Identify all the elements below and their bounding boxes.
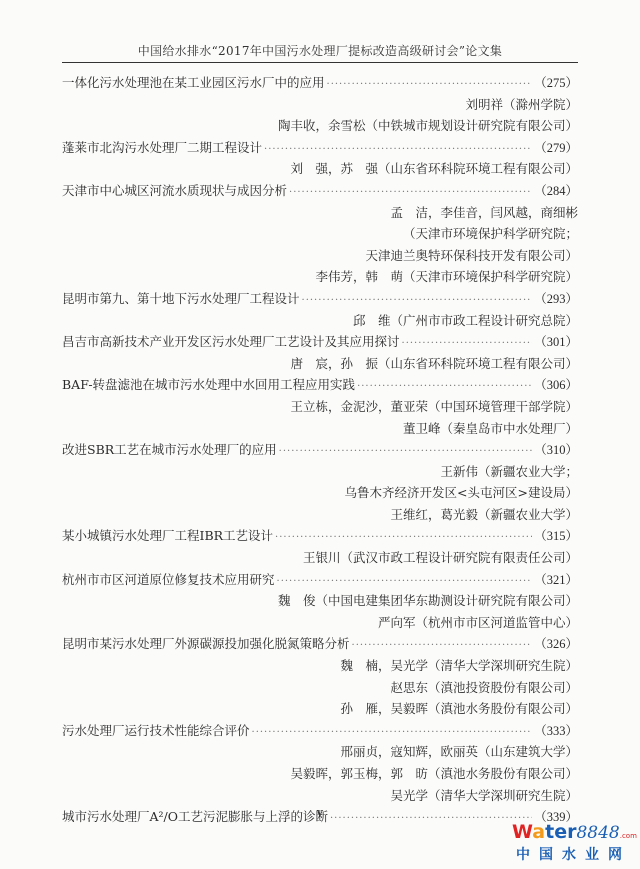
toc-entry-title: 某小城镇污水处理厂工程IBR工艺设计 [62, 525, 273, 547]
toc-entry-page: （333） [534, 721, 578, 743]
logo-chinese-name: 中国水业网 [516, 846, 632, 864]
toc-author-line: 邢丽贞，寇知辉，欧丽英（山东建筑大学） [62, 741, 578, 763]
toc-entry-page: （315） [534, 526, 578, 548]
page-number: v [0, 806, 640, 819]
toc-author-line: 吴毅晖，郭玉梅，郭 昉（滇池水务股份有限公司） [62, 763, 578, 785]
header-rule [62, 62, 578, 63]
logo-number: 8848 [576, 823, 619, 843]
toc-author-line: 唐 宸，孙 振（山东省环科院环境工程有限公司） [62, 353, 578, 375]
toc-author-line: 孟 洁，李佳音，闫风越，商细彬 [62, 202, 578, 224]
toc-entry-title: BAF-转盘滤池在城市污水处理中水回用工程应用实践 [62, 374, 355, 396]
toc-author-line: 赵思东（滇池投资股份有限公司） [62, 677, 578, 699]
toc-entry[interactable]: 昌吉市高新技术产业开发区污水处理厂工艺设计及其应用探讨（301） [62, 331, 578, 353]
logo-domain: .com [620, 832, 637, 840]
toc-entry-page: （310） [534, 440, 578, 462]
toc-entry-page: （284） [534, 181, 578, 203]
toc-author-line: 魏 俊（中国电建集团华东勘测设计研究院有限公司） [62, 590, 578, 612]
toc-entry-page: （301） [534, 332, 578, 354]
dot-leader [279, 441, 533, 463]
toc-entry-title: 昌吉市高新技术产业开发区污水处理厂工艺设计及其应用探讨 [62, 331, 400, 353]
toc-entry-page: （279） [534, 138, 578, 160]
toc-author-line: （天津市环境保护科学研究院； [62, 223, 578, 245]
dot-leader [402, 333, 533, 355]
toc-author-line: 王立栋，金泥沙，董亚荣（中国环境管理干部学院） [62, 396, 578, 418]
dot-leader [264, 139, 532, 161]
toc-entry-title: 昆明市某污水处理厂外源碳源投加强化脱氮策略分析 [62, 633, 350, 655]
toc-author-line: 陶丰收，余雪松（中铁城市规划设计研究院有限公司） [62, 115, 578, 137]
toc-entry[interactable]: 昆明市某污水处理厂外源碳源投加强化脱氮策略分析（326） [62, 633, 578, 655]
toc-entry-title: 蓬莱市北沟污水处理厂二期工程设计 [62, 137, 262, 159]
dot-leader [289, 182, 532, 204]
toc-entry[interactable]: 天津市中心城区河流水质现状与成因分析（284） [62, 180, 578, 202]
logo-letter-w: W [512, 821, 532, 843]
dot-leader [302, 290, 533, 312]
toc-entry-page: （293） [534, 289, 578, 311]
toc-entry-page: （275） [534, 73, 578, 95]
toc-author-line: 吴光学（清华大学深圳研究生院） [62, 785, 578, 807]
dot-leader [252, 722, 533, 744]
toc-entry[interactable]: 蓬莱市北沟污水处理厂二期工程设计（279） [62, 137, 578, 159]
dot-leader [277, 571, 533, 593]
toc-entry[interactable]: 杭州市市区河道原位修复技术应用研究（321） [62, 569, 578, 591]
dot-leader [357, 376, 532, 398]
toc-entry-page: （306） [534, 375, 578, 397]
toc-author-line: 乌鲁木齐经济开发区<头屯河区>建设局） [62, 482, 578, 504]
toc-entry-title: 污水处理厂运行技术性能综合评价 [62, 720, 250, 742]
toc-author-line: 刘 强，苏 强（山东省环科院环境工程有限公司） [62, 158, 578, 180]
toc-entry-title: 天津市中心城区河流水质现状与成因分析 [62, 180, 287, 202]
toc-entry-title: 昆明市第九、第十地下污水处理厂工程设计 [62, 288, 300, 310]
toc-author-line: 孙 雁，吴毅晖（滇池水务股份有限公司） [62, 698, 578, 720]
toc-entry-title: 杭州市市区河道原位修复技术应用研究 [62, 569, 275, 591]
toc-author-line: 王银川（武汉市政工程设计研究院有限责任公司） [62, 547, 578, 569]
toc-author-line: 王维红，葛光毅（新疆农业大学） [62, 504, 578, 526]
toc-entry-title: 一体化污水处理池在某工业园区污水厂中的应用 [62, 72, 325, 94]
toc-author-line: 魏 楠，吴光学（清华大学深圳研究生院） [62, 655, 578, 677]
toc-author-line: 严向军（杭州市市区河道监管中心） [62, 612, 578, 634]
toc-author-line: 董卫峰（秦皇岛市中水处理厂） [62, 418, 578, 440]
toc-entry[interactable]: 改进SBR工艺在城市污水处理厂的应用（310） [62, 439, 578, 461]
water8848-logo: Water8848.com 中国水业网 [512, 822, 632, 864]
dot-leader [327, 74, 533, 96]
toc-author-line: 天津迪兰奥特环保科技开发有限公司） [62, 245, 578, 267]
toc-entry[interactable]: 污水处理厂运行技术性能综合评价（333） [62, 720, 578, 742]
toc-author-line: 李伟芳，韩 萌（天津市环境保护科学研究院） [62, 266, 578, 288]
dot-leader [275, 527, 532, 549]
toc-entry[interactable]: 一体化污水处理池在某工业园区污水厂中的应用（275） [62, 72, 578, 94]
toc-entry[interactable]: 昆明市第九、第十地下污水处理厂工程设计（293） [62, 288, 578, 310]
running-header: 中国给水排水“2017年中国污水处理厂提标改造高级研讨会”论文集 [62, 42, 578, 59]
logo-wordmark: Water8848.com [512, 822, 632, 846]
toc-author-line: 王新伟（新疆农业大学； [62, 461, 578, 483]
toc-entry-title: 改进SBR工艺在城市污水处理厂的应用 [62, 439, 277, 461]
logo-letters-ter: ter [545, 821, 576, 843]
toc-entry-page: （326） [534, 634, 578, 656]
toc-entry[interactable]: BAF-转盘滤池在城市污水处理中水回用工程应用实践（306） [62, 374, 578, 396]
toc-entry[interactable]: 某小城镇污水处理厂工程IBR工艺设计（315） [62, 525, 578, 547]
dot-leader [352, 635, 533, 657]
table-of-contents: 一体化污水处理池在某工业园区污水厂中的应用（275）刘明祥（滁州学院）陶丰收，余… [62, 72, 578, 828]
toc-author-line: 邱 维（广州市市政工程设计研究总院） [62, 310, 578, 332]
logo-letter-a: a [532, 821, 545, 843]
toc-entry-page: （321） [534, 570, 578, 592]
toc-author-line: 刘明祥（滁州学院） [62, 94, 578, 116]
